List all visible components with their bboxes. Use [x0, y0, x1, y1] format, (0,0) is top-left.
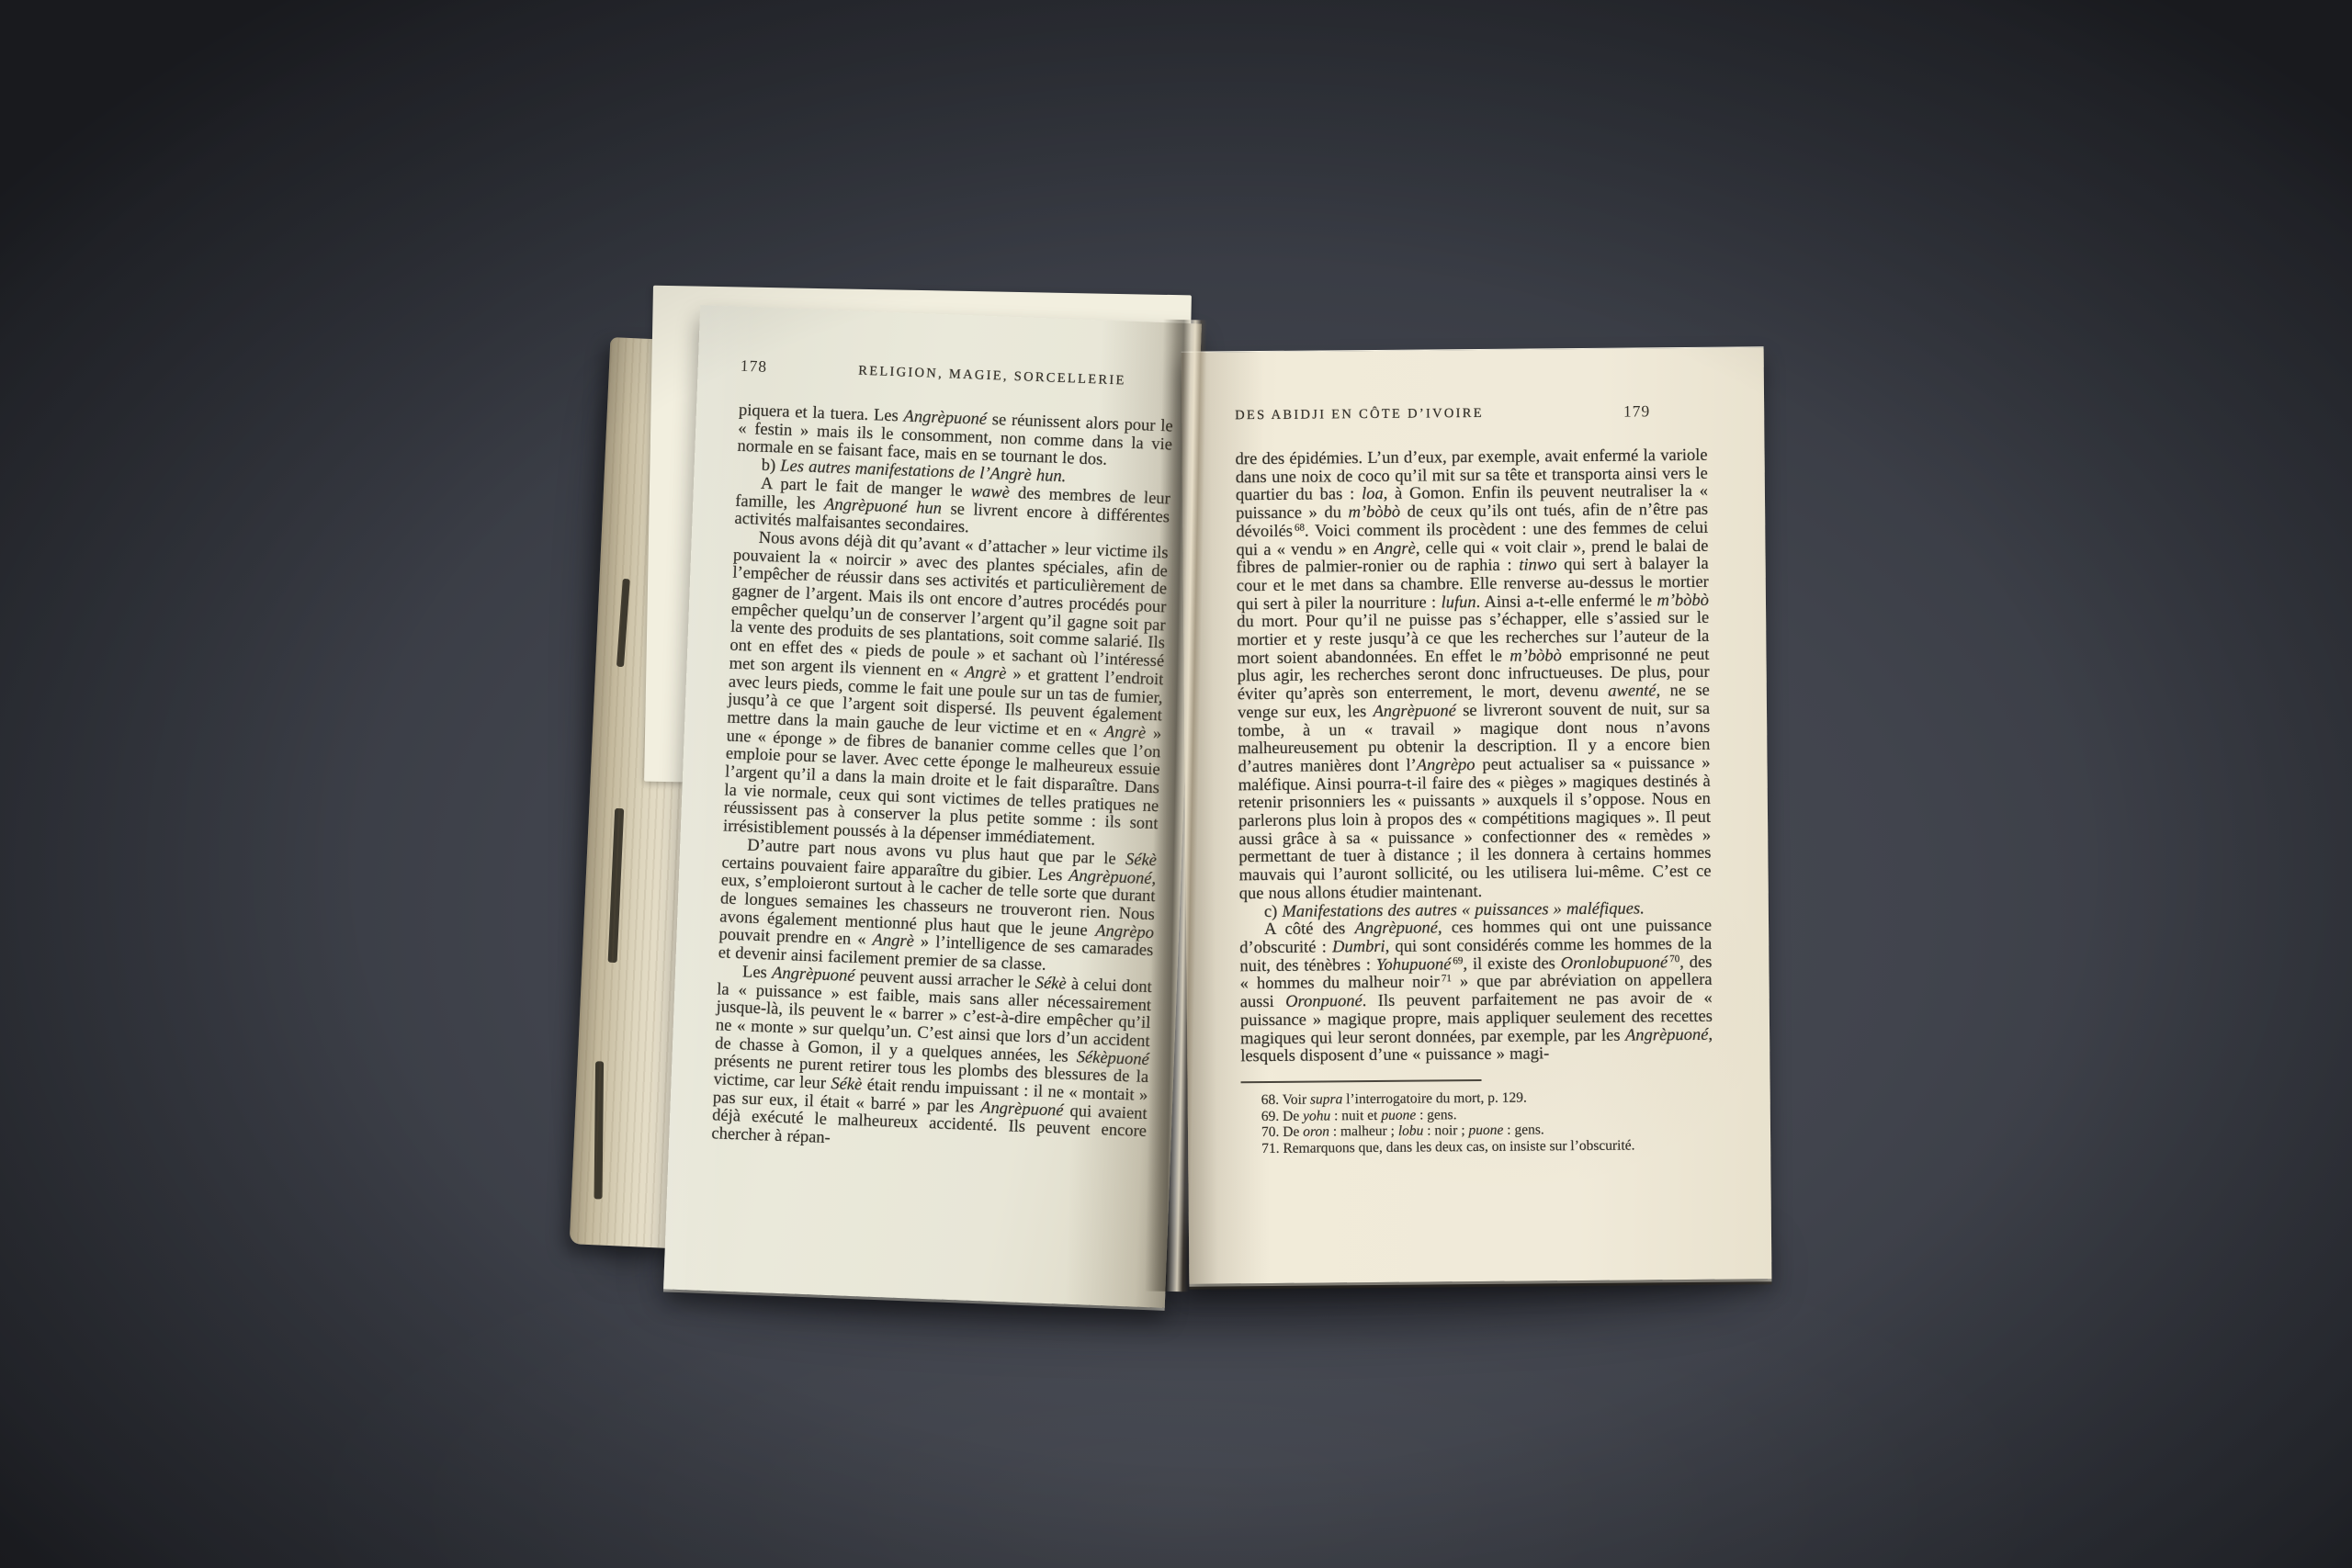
page-edge-ink-streak [616, 579, 630, 667]
right-page-content: DES ABIDJI EN CÔTE D’IVOIRE 179 dre des … [1182, 347, 1772, 1283]
page-edge-ink-streak [608, 808, 625, 963]
right-page-header: DES ABIDJI EN CÔTE D’IVOIRE 179 [1235, 401, 1707, 429]
body-paragraph: dre des épidémies. L’un d’eux, par exemp… [1236, 447, 1712, 904]
left-page-content: 178 RELIGION, MAGIE, SORCELLERIE piquera… [663, 305, 1202, 1308]
left-page-body: piquera et la tuera. Les Angrèpuoné se r… [711, 402, 1173, 1160]
page-number-right: 179 [1623, 401, 1650, 421]
body-paragraph: Nous avons déjà dit qu’avant « d’attache… [723, 529, 1169, 852]
body-paragraph: Les Angrèpuoné peuvent aussi arracher le… [711, 963, 1152, 1160]
footnote-rule [1241, 1079, 1482, 1083]
body-paragraph: A côté des Angrèpuoné, ces hommes qui on… [1239, 918, 1713, 1066]
left-page: 178 RELIGION, MAGIE, SORCELLERIE piquera… [663, 305, 1202, 1308]
open-book: 178 RELIGION, MAGIE, SORCELLERIE piquera… [0, 0, 2352, 1568]
page-number-left: 178 [740, 356, 767, 377]
footnote-block: 68. Voir supra l’interrogatoire du mort,… [1241, 1077, 1714, 1157]
body-paragraph: D’autre part nous avons vu plus haut que… [718, 836, 1157, 979]
right-page: DES ABIDJI EN CÔTE D’IVOIRE 179 dre des … [1182, 346, 1772, 1283]
footnote: 71. Remarquons que, dans les deux cas, o… [1241, 1136, 1713, 1156]
running-head-left: RELIGION, MAGIE, SORCELLERIE [858, 364, 1126, 389]
running-head-right: DES ABIDJI EN CÔTE D’IVOIRE [1235, 406, 1484, 423]
right-page-body: dre des épidémies. L’un d’eux, par exemp… [1236, 447, 1713, 1066]
page-edge-ink-streak [594, 1061, 605, 1199]
left-page-header: 178 RELIGION, MAGIE, SORCELLERIE [740, 356, 1175, 397]
